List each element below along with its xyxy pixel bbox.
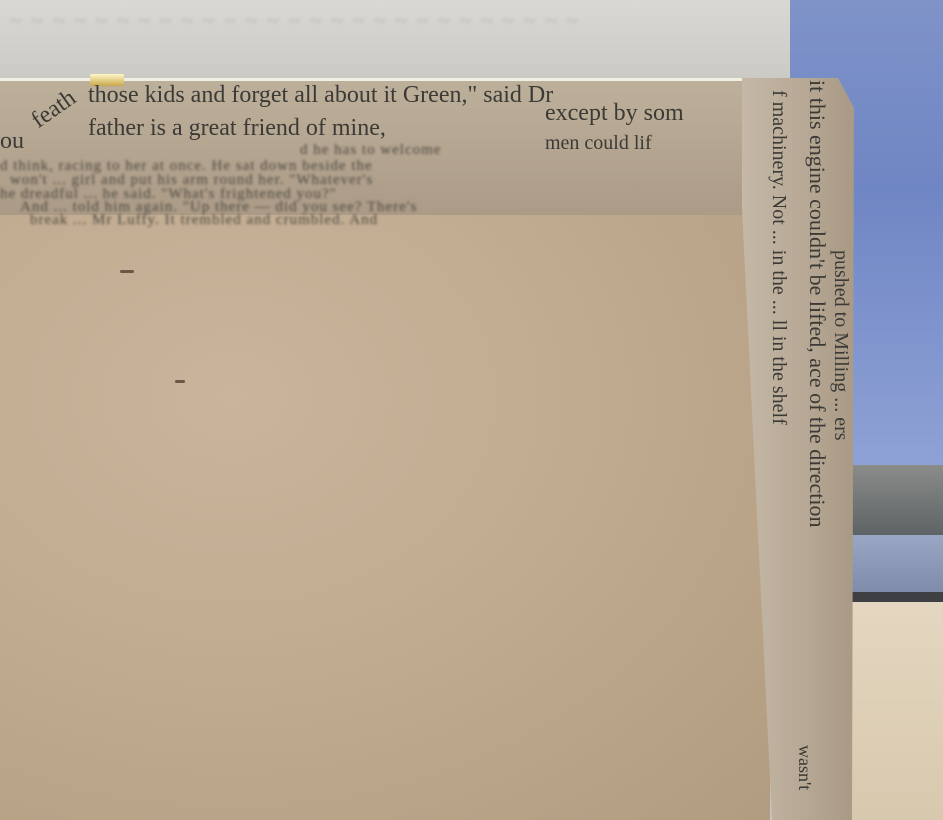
- side-text-col-3: f machinery. Not ... in the ... ll in th…: [767, 90, 790, 425]
- text-line-3: men could lif: [545, 132, 652, 155]
- text-line-2: father is a great friend of mine,: [88, 115, 386, 142]
- side-text-col-1: it this engine couldn't be lifted, ace o…: [804, 80, 830, 528]
- side-text-col-4: wasn't: [794, 745, 815, 790]
- side-text-col-2: pushed to Milling ... ers: [829, 250, 852, 441]
- background-blurred-text: ~ ~ ~ ~ ~ ~ ~ ~ ~ ~ ~ ~ ~ ~ ~ ~ ~ ~ ~ ~ …: [10, 8, 580, 34]
- text-line-2b: except by som: [545, 100, 684, 127]
- text-line-1: those kids and forget all about it Green…: [88, 82, 553, 109]
- mark: [120, 270, 134, 273]
- box-face: [0, 215, 770, 820]
- small-text-line: d he has to welcome: [300, 142, 441, 159]
- mark: [175, 380, 185, 383]
- small-text-line: break ... Mr Luffy. It trembled and crum…: [30, 212, 378, 229]
- text-curve-2: ou: [0, 128, 24, 155]
